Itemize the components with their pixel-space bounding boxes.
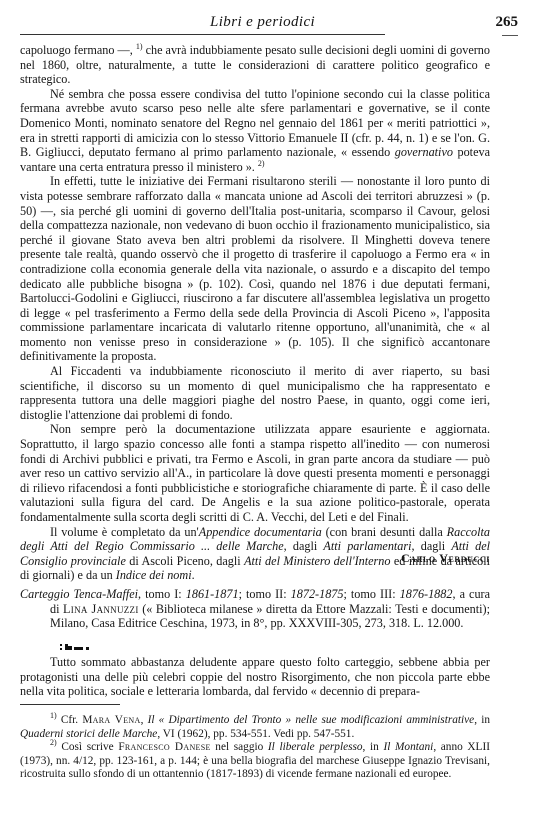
- paragraph-3: In effetti, tutte le iniziative dei Ferm…: [20, 174, 490, 364]
- book-title: Carteggio Tenca-Maffei: [20, 587, 138, 601]
- review-paragraph-1: Tutto sommato abbastanza deludente appar…: [20, 655, 490, 699]
- footnotes: 1) Cfr. Mara Vena, Il « Dipartimento del…: [20, 714, 490, 782]
- review-body: Tutto sommato abbastanza deludente appar…: [20, 655, 490, 699]
- paragraph-1: capoluogo fermano —, 1) che avrà indubbi…: [20, 43, 490, 87]
- footnote-separator: [20, 704, 120, 705]
- review-body-continued: capoluogo fermano —, 1) che avrà indubbi…: [20, 43, 490, 583]
- editor-name: Lina Jannuzzi: [63, 602, 139, 616]
- document-page: Libri e periodici 265 capoluogo fermano …: [0, 0, 550, 831]
- paragraph-4: Al Ficcadenti va indubbiamente riconosci…: [20, 364, 490, 422]
- footnote-1: 1) Cfr. Mara Vena, Il « Dipartimento del…: [20, 714, 490, 741]
- running-header: Libri e periodici 265: [20, 14, 530, 36]
- header-rule: [20, 34, 385, 35]
- footnote-ref-1[interactable]: 1): [136, 42, 143, 51]
- running-title: Libri e periodici: [210, 14, 315, 31]
- review-citation: Carteggio Tenca-Maffei, tomo I: 1861-187…: [20, 587, 490, 631]
- scan-artifact-mark: [60, 644, 110, 650]
- bibliographic-entry: Carteggio Tenca-Maffei, tomo I: 1861-187…: [20, 587, 490, 631]
- page-number-rule: [502, 35, 518, 36]
- reviewer-signature: Carlo Verducci: [401, 551, 490, 566]
- paragraph-2: Né sembra che possa essere condivisa del…: [20, 87, 490, 175]
- paragraph-5: Non sempre però la documentazione utiliz…: [20, 422, 490, 524]
- footnote-ref-2[interactable]: 2): [258, 159, 265, 168]
- page-number: 265: [496, 14, 519, 31]
- footnote-2: 2) Così scrive Francesco Danese nel sagg…: [20, 741, 490, 782]
